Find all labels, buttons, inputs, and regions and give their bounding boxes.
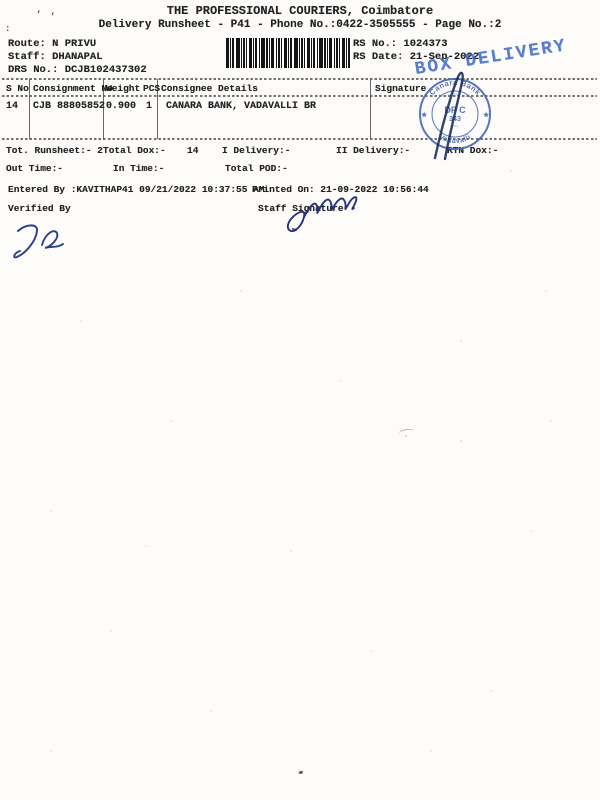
ii-delivery-field: II Delivery:- bbox=[336, 145, 410, 156]
table-border-bottom bbox=[2, 138, 597, 140]
document-title: THE PROFESSIONAL COURIERS, Coimbatore bbox=[0, 4, 600, 18]
column-divider bbox=[29, 79, 30, 139]
row-pcs: 1 bbox=[146, 101, 152, 112]
in-time-field: In Time:- bbox=[113, 163, 164, 174]
scan-mark: : bbox=[5, 24, 10, 34]
total-dox-value: 14 bbox=[187, 145, 198, 156]
drs-number-field: DRS No.: DCJB102437302 bbox=[8, 64, 147, 76]
stamp-center-line2: 343 bbox=[449, 116, 461, 123]
stamp-star-left: ★ bbox=[421, 111, 428, 119]
col-header-consignment: Consignment No bbox=[33, 83, 113, 94]
scan-mark: ’ bbox=[50, 12, 55, 22]
i-delivery-field: I Delivery:- bbox=[222, 145, 290, 156]
scanned-delivery-runsheet: THE PROFESSIONAL COURIERS, Coimbatore De… bbox=[0, 0, 600, 800]
staff-field: Staff: DHANAPAL bbox=[8, 51, 103, 63]
row-consignee: CANARA BANK, VADAVALLI BR bbox=[166, 101, 316, 112]
total-dox-label: Total Dox:- bbox=[103, 145, 166, 156]
row-consignment: CJB 88805852 bbox=[33, 101, 105, 112]
col-header-pcs: PCS bbox=[143, 83, 160, 94]
stamp-center-line1: DP C bbox=[444, 105, 466, 115]
row-weight: 0.900 bbox=[106, 101, 136, 112]
col-header-weight: Weight bbox=[106, 83, 140, 94]
scan-squiggle bbox=[399, 428, 415, 437]
handwritten-signature-verified bbox=[8, 215, 78, 265]
table-header-border bbox=[2, 95, 597, 97]
barcode bbox=[226, 38, 352, 68]
handwritten-signature-staff bbox=[280, 190, 385, 242]
col-header-consignee: Consignee Details bbox=[161, 83, 258, 94]
total-runsheet: Tot. Runsheet:- 2 bbox=[6, 145, 103, 156]
row-sno: 14 bbox=[6, 101, 18, 112]
scan-speck bbox=[298, 770, 303, 774]
rs-number-field: RS No.: 1024373 bbox=[353, 38, 448, 50]
col-header-sno: S No bbox=[6, 83, 29, 94]
column-divider bbox=[370, 79, 371, 139]
scan-mark: ’ bbox=[36, 10, 41, 20]
col-header-signature: Signature bbox=[375, 83, 426, 94]
staff-signature-label: Staff Signature bbox=[258, 203, 344, 214]
route-field: Route: N PRIVU bbox=[8, 38, 96, 50]
rtn-dox-field: RTN Dox:- bbox=[447, 145, 498, 156]
printed-on-field: Printed On: 21-09-2022 10:56:44 bbox=[252, 184, 429, 195]
stamp-star-right: ★ bbox=[483, 111, 490, 119]
stamp-center-line3: ···· bbox=[452, 124, 459, 130]
document-subtitle: Delivery Runsheet - P41 - Phone No.:0422… bbox=[0, 19, 600, 31]
table-border-top bbox=[2, 78, 597, 80]
total-pod-field: Total POD:- bbox=[225, 163, 288, 174]
verified-by-label: Verified By bbox=[8, 203, 71, 214]
out-time-field: Out Time:- bbox=[6, 163, 63, 174]
entered-by-field: Entered By :KAVITHAP41 09/21/2022 10:37:… bbox=[8, 184, 265, 195]
